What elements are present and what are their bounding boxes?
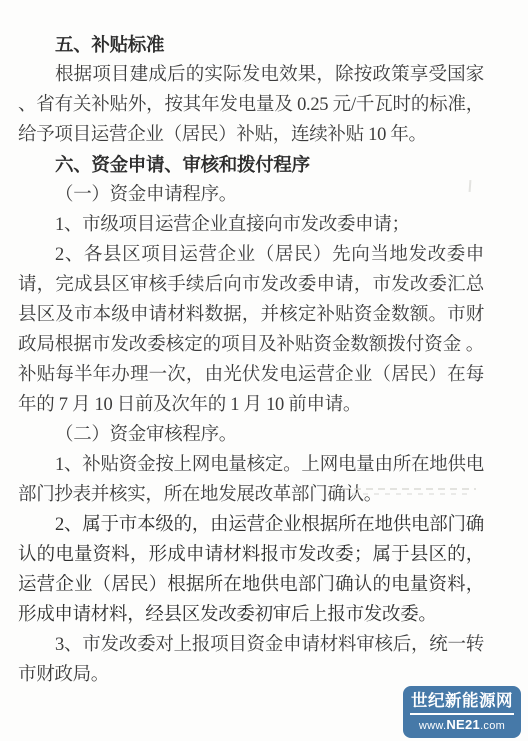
paragraph-application-item-1: 1、市级项目运营企业直接向市发改委申请； (18, 210, 484, 240)
section-heading-5: 五、补贴标准 (18, 30, 484, 60)
watermark-url: www.NE21.com (403, 716, 521, 735)
scan-artifact-smudge-top (330, 488, 476, 490)
paragraph-subsidy-standard: 根据项目建成后的实际发电效果，除按政策享受国家 、省有关补贴外，按其年发电量及 … (18, 60, 484, 150)
paragraph-review-item-3: 3、市发改委对上报项目资金申请材料审核后，统一转市财政局。 (18, 630, 484, 690)
watermark-site-name: 世纪新能源网 (410, 690, 514, 715)
paragraph-application-procedure-title: （一）资金申请程序。 (18, 180, 484, 210)
watermark-url-suffix: .com (480, 720, 505, 732)
document-body: 五、补贴标准 根据项目建成后的实际发电效果，除按政策享受国家 、省有关补贴外，按… (18, 30, 484, 690)
section-heading-6: 六、资金申请、审核和拨付程序 (18, 150, 484, 180)
watermark-url-prefix: www. (419, 720, 446, 732)
paragraph-application-item-2: 2、各县区项目运营企业（居民）先向当地发改委申请，完成县区审核手续后向市发改委申… (18, 240, 484, 420)
watermark-logo: 世纪新能源网 www.NE21.com (403, 686, 521, 738)
paragraph-review-procedure-title: （二）资金审核程序。 (18, 420, 484, 450)
scan-artifact-smudge-bottom (352, 493, 470, 495)
scanned-document-page: 五、补贴标准 根据项目建成后的实际发电效果，除按政策享受国家 、省有关补贴外，按… (0, 0, 528, 741)
paragraph-review-item-1: 1、补贴资金按上网电量核定。上网电量由所在地供电部门抄表并核实，所在地发展改革部… (18, 450, 484, 510)
watermark-url-domain: NE21 (446, 717, 480, 732)
paragraph-review-item-2: 2、属于市本级的，由运营企业根据所在地供电部门确认的电量资料，形成申请材料报市发… (18, 510, 484, 630)
